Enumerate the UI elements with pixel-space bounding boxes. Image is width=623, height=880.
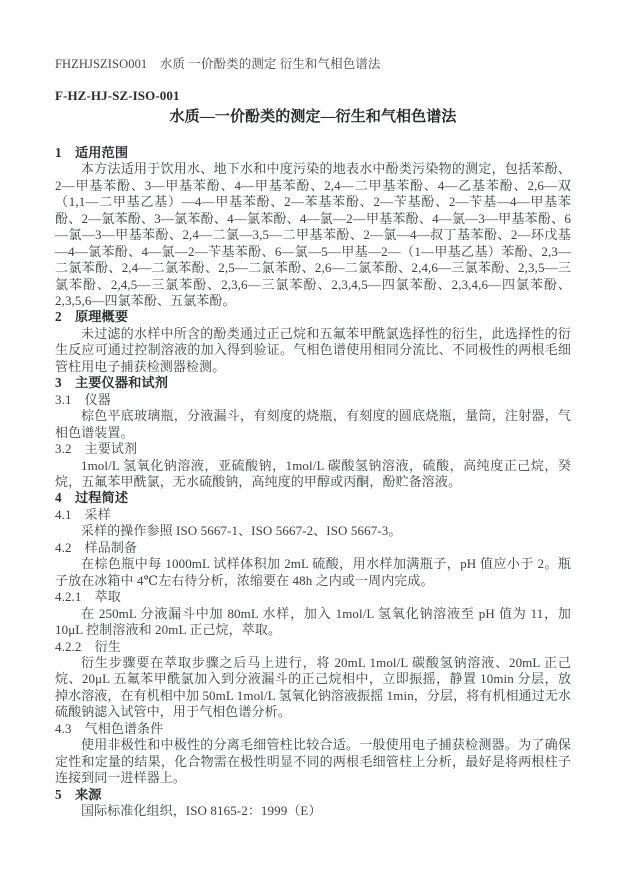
section-apparatus-reagents: 3 主要仪器和试剂 3.1 仪器 棕色平底玻璃瓶，分液漏斗，有刻度的烧瓶，有刻度… — [55, 375, 571, 490]
subsection-3-2-paragraph: 1mol/L 氢氧化钠溶液，亚硫酸钠，1mol/L 碳酸氢钠溶液，硫酸，高纯度正… — [55, 458, 571, 491]
subsection-4-2-1-heading: 4.2.1 萃取 — [55, 589, 571, 605]
section-5-heading: 5 来源 — [55, 787, 571, 803]
section-source: 5 来源 国际标准化组织，ISO 8165-2：1999（E） — [55, 787, 571, 820]
subsection-4-2-heading: 4.2 样品制备 — [55, 540, 571, 556]
section-3-heading: 3 主要仪器和试剂 — [55, 375, 571, 391]
document-title: 水质—一价酚类的测定—衍生和气相色谱法 — [55, 108, 571, 127]
subsection-3-2-heading: 3.2 主要试剂 — [55, 441, 571, 457]
section-5-paragraph: 国际标准化组织，ISO 8165-2：1999（E） — [55, 803, 571, 819]
section-1-paragraph: 本方法适用于饮用水、地下水和中度污染的地表水中酚类污染物的测定，包括苯酚、2—甲… — [55, 161, 571, 309]
subsection-4-2-2-heading: 4.2.2 衍生 — [55, 639, 571, 655]
subsection-4-2-paragraph: 在棕色瓶中每 1000mL 试样体积加 2mL 硫酸，用水样加满瓶子，pH 值应… — [55, 556, 571, 589]
subsection-4-1-paragraph: 采样的操作参照 ISO 5667-1、ISO 5667-2、ISO 5667-3… — [55, 523, 571, 539]
section-procedure: 4 过程简述 4.1 采样 采样的操作参照 ISO 5667-1、ISO 566… — [55, 490, 571, 786]
subsection-3-1-paragraph: 棕色平底玻璃瓶，分液漏斗，有刻度的烧瓶，有刻度的圆底烧瓶，量筒，注射器，气相色谱… — [55, 408, 571, 441]
subsection-4-2-1-paragraph: 在 250mL 分液漏斗中加 80mL 水样，加入 1mol/L 氢氧化钠溶液至… — [55, 606, 571, 639]
subsection-4-3-paragraph: 使用非极性和中极性的分离毛细管柱比较合适。一般使用电子捕获检测器。为了确保定性和… — [55, 737, 571, 786]
section-2-heading: 2 原理概要 — [55, 309, 571, 325]
document-number: F-HZ-HJ-SZ-ISO-001 — [55, 88, 571, 104]
document-page: FHZHJSZISO001 水质 一价酚类的测定 衍生和气相色谱法 F-HZ-H… — [0, 0, 623, 880]
subsection-3-1-heading: 3.1 仪器 — [55, 392, 571, 408]
subsection-4-2-2-paragraph: 衍生步骤要在萃取步骤之后马上进行，将 20mL 1mol/L 碳酸氢钠溶液、20… — [55, 655, 571, 721]
section-principle: 2 原理概要 未过滤的水样中所含的酚类通过正己烷和五氟苯甲酰氯选择性的衍生，此选… — [55, 309, 571, 375]
subsection-4-1-heading: 4.1 采样 — [55, 507, 571, 523]
document-code-line: FHZHJSZISO001 水质 一价酚类的测定 衍生和气相色谱法 — [55, 56, 571, 72]
subsection-4-3-heading: 4.3 气相色谱条件 — [55, 721, 571, 737]
section-2-paragraph: 未过滤的水样中所含的酚类通过正己烷和五氟苯甲酰氯选择性的衍生，此选择性的衍生反应… — [55, 326, 571, 375]
section-1-heading: 1 适用范围 — [55, 145, 571, 161]
section-scope: 1 适用范围 本方法适用于饮用水、地下水和中度污染的地表水中酚类污染物的测定，包… — [55, 145, 571, 310]
section-4-heading: 4 过程简述 — [55, 490, 571, 506]
